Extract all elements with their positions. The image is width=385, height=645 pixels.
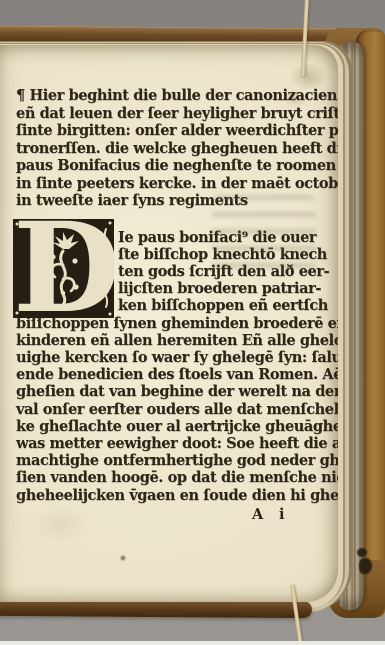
body-line: kinderen eñ allen heremiten Eñ alle ghel…: [16, 332, 334, 349]
body-line: gheſien dat van beghine der werelt na de…: [16, 383, 334, 400]
body-line: lijcſten broederen patriar-: [118, 280, 334, 297]
signature-mark: A i: [16, 504, 334, 524]
heading-line: in ſinte peeters kercke. in der maēt oct…: [16, 175, 334, 193]
heading-line: tronerſſen. die welcke ghegheuen heeft d…: [16, 140, 334, 158]
body-line: ſien vanden hoogē. op dat die menſche ni…: [16, 469, 334, 486]
body-line: gheheelijcken v̄gaen en ſoude dien hi gh…: [16, 487, 334, 504]
heading-line: eñ dat leuen der ſeer heyligher bruyt cr…: [16, 105, 334, 123]
body-line: ke gheſlachte ouer al aertrijcke gheuāgh…: [16, 418, 334, 435]
signature-letter: A: [252, 506, 263, 523]
verso-show-through: [212, 195, 316, 275]
ink-spot: [357, 548, 367, 557]
signature-numeral: i: [279, 506, 285, 523]
woodcut-initial-D-graphic: D: [13, 219, 114, 318]
woodcut-initial-D: D: [13, 219, 114, 318]
photo-edge-strip: [0, 641, 385, 645]
full-width-text: biſſchoppen ſynen gheminden broederē eñ …: [16, 315, 334, 504]
book-page: ¶ Hier beghint die bulle der canonizacie…: [0, 45, 338, 602]
photo-of-open-book: ¶ Hier beghint die bulle der canonizacie…: [0, 0, 385, 645]
heading-line: ſinte birgitten: onſer alder weerdichſte…: [16, 122, 334, 140]
body-line: val onſer eerſter ouders alle dat menſch…: [16, 401, 334, 418]
heading-line: ¶ Hier beghint die bulle der canonizacie…: [16, 87, 334, 105]
body-line: ken biſſchoppen eñ eertſch: [118, 297, 334, 314]
body-line: ende benedicien des ſtoels van Romen. Aē: [16, 366, 334, 383]
heading-line: paus Bonifacius die neghenſte te roomen: [16, 157, 334, 175]
heading-block: ¶ Hier beghint die bulle der canonizacie…: [16, 87, 334, 210]
body-line: uighe kercken ſo waer ſy ghelegē ſyn: ſa…: [16, 349, 334, 366]
body-line: machtighe ontfermhertighe god neder ghe: [16, 452, 334, 469]
body-line: was metter eewigher doot: Soe heeft die …: [16, 435, 334, 452]
